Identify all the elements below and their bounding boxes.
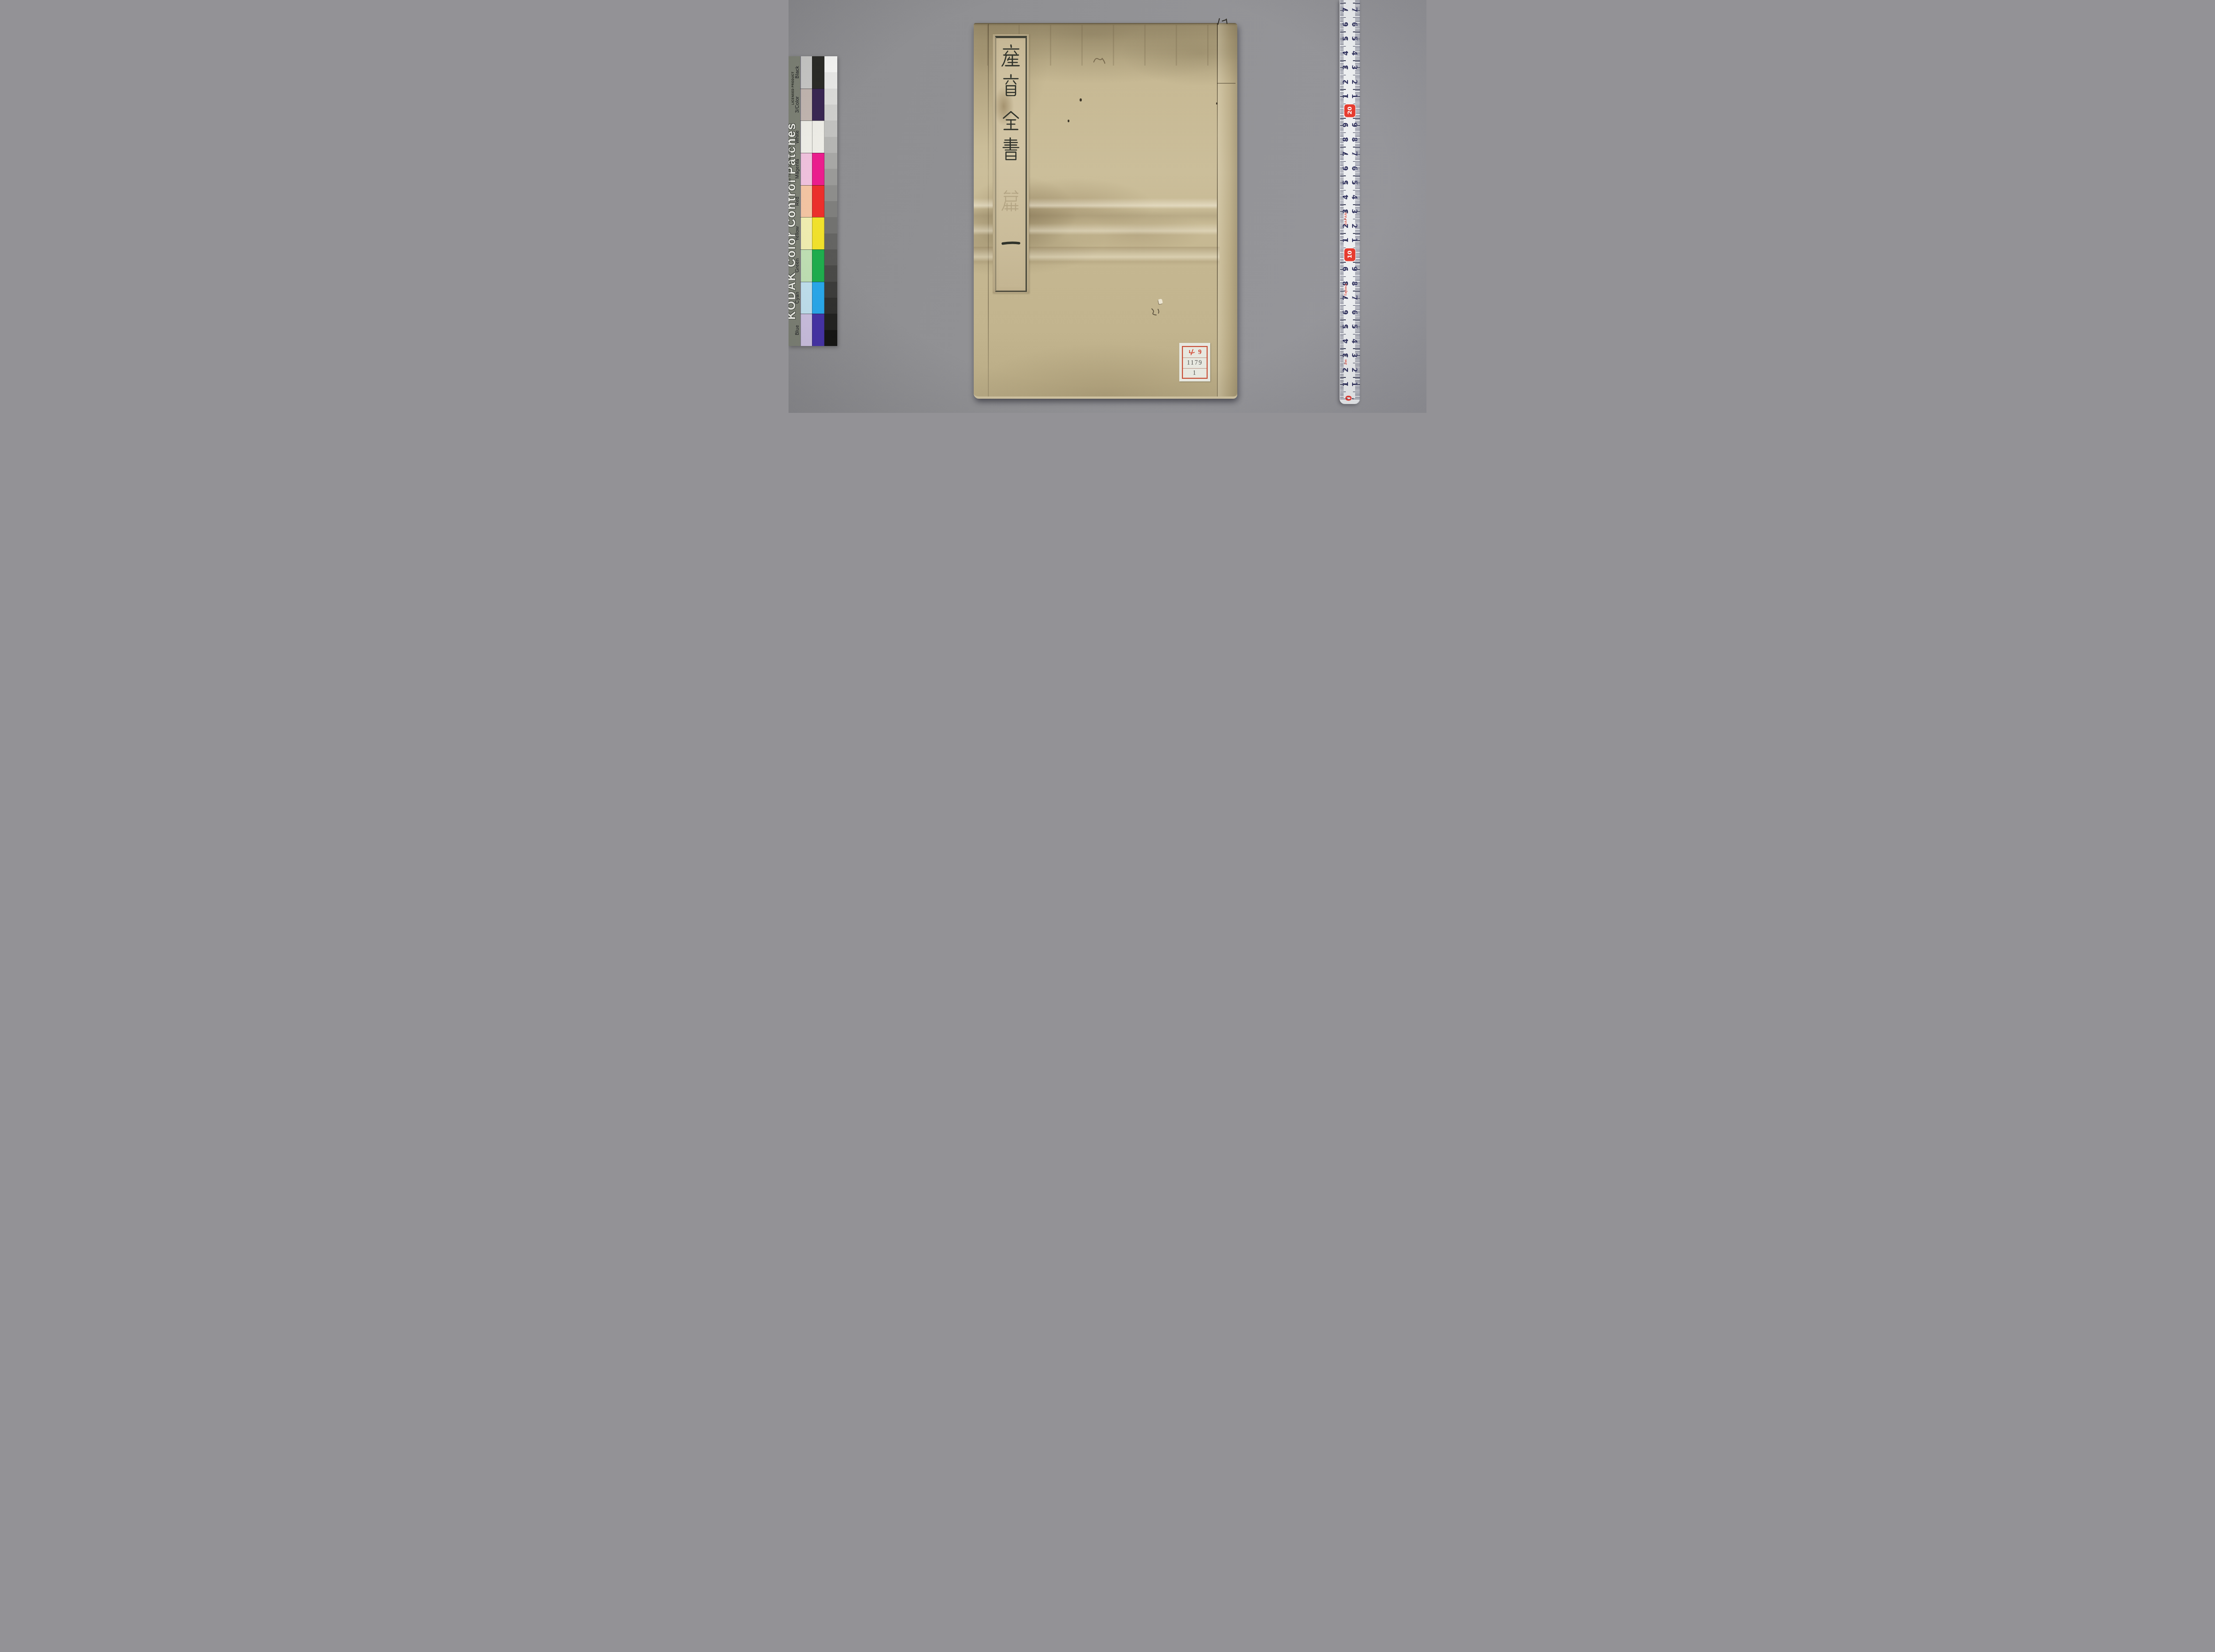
ruler-mm-tick <box>1355 389 1360 389</box>
ruler-cm-number: 2 <box>1341 78 1350 86</box>
title-char-zen <box>1000 110 1022 132</box>
kodak-wedge-step <box>824 120 837 136</box>
ruler-mm-tick <box>1340 90 1344 91</box>
ruler-5mm-tick <box>1340 147 1346 148</box>
ruler-mm-tick <box>1355 335 1360 336</box>
ruler-cm-number-mirror: 9 <box>1350 264 1359 273</box>
ruler-mm-tick <box>1355 217 1360 218</box>
ruler-cm-number-mirror: 6 <box>1350 164 1359 173</box>
wormhole-dot <box>1068 120 1069 122</box>
ruler-mm-tick <box>1340 376 1344 376</box>
kodak-color-control-strip: KODAK Color Control Patches © The Tiffen… <box>789 56 837 346</box>
ruler-cm-number-mirror: 5 <box>1350 322 1359 331</box>
ruler-5mm-tick <box>1340 276 1346 277</box>
ruler-5mm-tick <box>1353 363 1360 364</box>
ruler-mm-tick <box>1340 115 1344 116</box>
ruler-cm-number-mirror: 2 <box>1350 222 1359 230</box>
ruler-cm-number-mirror: 7 <box>1350 149 1359 158</box>
ruler-5mm-tick <box>1340 89 1346 90</box>
kodak-row-label: Magenta <box>795 159 800 179</box>
ruler-mm-tick <box>1355 347 1360 347</box>
ruler-mm-tick <box>1340 191 1344 192</box>
ruler-cm-number-mirror: 5 <box>1350 34 1359 43</box>
ruler-mm-tick <box>1340 318 1344 319</box>
kodak-row-label: 3/Color <box>795 96 800 113</box>
ruler-cm-number: 9 <box>1341 264 1350 273</box>
ruler-mm-tick <box>1340 119 1344 120</box>
ruler-mm-tick <box>1355 115 1360 116</box>
ruler-mm-tick <box>1340 393 1344 393</box>
kodak-wedge-step <box>824 137 837 153</box>
ruler-mm-tick <box>1340 273 1344 274</box>
ruler-mm-tick <box>1340 101 1344 101</box>
ruler-mm-tick <box>1355 216 1360 216</box>
ruler-mm-tick <box>1355 256 1360 257</box>
ruler-mm-tick <box>1340 321 1344 321</box>
ruler-mm-tick <box>1355 318 1360 319</box>
ruler-mm-tick <box>1340 256 1344 257</box>
ruler-mm-tick <box>1355 134 1360 134</box>
ruler-cm-number-mirror: 8 <box>1350 135 1359 144</box>
ruler-5mm-tick <box>1353 204 1360 205</box>
kodak-saturated-patch <box>812 153 824 185</box>
ruler-mm-tick <box>1340 88 1344 88</box>
ruler-mm-tick <box>1355 19 1360 19</box>
ruler-mm-tick <box>1355 331 1360 331</box>
ruler-mm-tick <box>1340 129 1344 130</box>
ruler-mm-tick <box>1340 350 1344 350</box>
kodak-pale-patch <box>801 120 812 153</box>
ruler-mm-tick <box>1340 257 1344 258</box>
ruler-cm-number-mirror: 6 <box>1350 308 1359 317</box>
ruler-mm-tick <box>1355 232 1360 232</box>
ruler-mm-tick <box>1355 72 1360 72</box>
ruler-mm-tick <box>1340 278 1344 278</box>
ruler-mm-tick <box>1340 206 1344 206</box>
ruler-mm-tick <box>1355 4 1360 4</box>
ruler-decade-marker: 20 <box>1345 104 1356 117</box>
bookplate-frame: 9 1179 1 <box>1182 346 1208 379</box>
ruler-5mm-tick <box>1340 377 1346 378</box>
ruler-mm-tick <box>1355 88 1360 88</box>
kodak-pale-patch <box>801 153 812 185</box>
ruler-mm-tick <box>1355 394 1360 395</box>
ruler-5mm-tick <box>1340 305 1346 306</box>
ruler-5mm-tick <box>1340 190 1346 191</box>
ruler-cm-number: 3 <box>1341 351 1350 360</box>
ruler-5mm-tick <box>1340 248 1346 249</box>
kodak-wedge-step <box>824 282 837 298</box>
ruler-mm-tick <box>1355 360 1360 360</box>
ruler-cm-number: 8 <box>1341 135 1350 144</box>
ruler-mm-tick <box>1355 90 1360 91</box>
ruler-5mm-tick <box>1353 334 1360 335</box>
ruler-mm-tick <box>1355 376 1360 376</box>
ruler-mm-tick <box>1340 59 1344 59</box>
bookplate-row2: 1179 <box>1183 358 1207 368</box>
ruler-cm-number-mirror: 4 <box>1350 49 1359 58</box>
photo-canvas: 産育全書 一 KODAK Color Control Patches © The… <box>789 0 1426 413</box>
ruler-mm-tick <box>1355 113 1360 114</box>
ruler-mm-tick <box>1340 108 1344 108</box>
dark-squiggle-mark <box>1150 307 1162 316</box>
ruler-mm-tick <box>1340 187 1344 187</box>
binding-thread-remnant <box>1226 19 1228 24</box>
ruler-mm-tick <box>1355 106 1360 107</box>
ruler-5mm-tick <box>1353 276 1360 277</box>
ruler-mm-tick <box>1355 321 1360 321</box>
ruler-mm-tick <box>1340 76 1344 77</box>
ruler-5mm-tick <box>1353 132 1360 133</box>
ruler-5mm-tick <box>1340 132 1346 133</box>
ruler-5mm-tick <box>1353 60 1360 61</box>
ruler-cm-number-mirror: 7 <box>1350 293 1359 302</box>
ruler-5mm-tick <box>1353 175 1360 176</box>
ruler-mm-tick <box>1355 246 1360 246</box>
bookplate-row3: 1 <box>1183 369 1207 378</box>
ruler-mm-tick <box>1355 105 1360 105</box>
ruler-mm-tick <box>1340 113 1344 114</box>
ruler-mm-tick <box>1355 393 1360 393</box>
ruler-mm-tick <box>1355 43 1360 43</box>
ruler-5mm-tick <box>1340 334 1346 335</box>
ruler-cm-number-mirror: 2 <box>1350 78 1359 86</box>
ruler-cm-number: 7 <box>1341 5 1350 14</box>
ruler-mm-tick <box>1340 232 1344 232</box>
ruler-5mm-tick <box>1340 319 1346 320</box>
ruler-mm-tick <box>1340 307 1344 307</box>
ruler-mm-tick <box>1355 174 1360 175</box>
kodak-saturated-patch <box>812 120 824 153</box>
ruler-mm-tick <box>1340 44 1344 45</box>
title-char-iku <box>1000 74 1022 96</box>
ruler-mm-tick <box>1355 131 1360 131</box>
ruler-mm-tick <box>1355 259 1360 260</box>
ruler-mm-tick <box>1355 396 1360 396</box>
kodak-wedge-step <box>824 265 837 281</box>
ruler-decade-marker: 10 <box>1345 248 1356 261</box>
ruler-mm-tick <box>1340 1 1344 2</box>
ruler-mm-tick <box>1355 278 1360 278</box>
ruler-mm-tick <box>1355 203 1360 203</box>
ruler-mm-tick <box>1340 159 1344 160</box>
ruler-mm-tick <box>1340 396 1344 396</box>
ruler-cm-number-mirror: 9 <box>1350 120 1359 129</box>
ruler-mm-tick <box>1340 302 1344 303</box>
ruler-5mm-tick <box>1340 3 1346 4</box>
ruler-mm-tick <box>1355 253 1360 254</box>
book-binding-cross-crease <box>1217 83 1236 84</box>
kodak-wedge-step <box>824 249 837 265</box>
bookplate-row1: 9 <box>1183 347 1207 358</box>
ruler-mm-tick <box>1340 158 1344 159</box>
ruler-5mm-tick <box>1340 31 1346 32</box>
ruler-mm-tick <box>1355 263 1360 264</box>
ruler-mm-tick <box>1340 188 1344 189</box>
ruler-cm-number: 4 <box>1341 49 1350 58</box>
ruler-5mm-tick <box>1353 46 1360 47</box>
ruler-mm-tick <box>1340 109 1344 110</box>
ruler-cm-number-mirror: 3 <box>1350 351 1359 360</box>
ruler-mm-tick <box>1355 59 1360 59</box>
ruler-5mm-tick <box>1340 348 1346 349</box>
ruler-cm-number: 9 <box>1341 120 1350 129</box>
ruler-cm-number-mirror: 8 <box>1350 279 1359 288</box>
ruler-cm-number-mirror: 3 <box>1350 63 1359 72</box>
ruler-5mm-tick <box>1353 219 1360 220</box>
ruler-mm-tick <box>1355 364 1360 365</box>
ruler-zero-label: 0 <box>1344 396 1354 401</box>
kodak-pale-patch <box>801 314 812 346</box>
ruler-5mm-tick <box>1353 262 1360 263</box>
ruler-mm-tick <box>1355 159 1360 160</box>
ruler-cm-number: 5 <box>1341 34 1350 43</box>
ruler-mm-tick <box>1355 16 1360 16</box>
ruler-mm-tick <box>1340 174 1344 175</box>
ruler-mm-tick <box>1355 206 1360 206</box>
kodak-wedge-step <box>824 201 837 217</box>
ruler-mm-tick <box>1340 303 1344 304</box>
ruler-decade-number: 10 <box>1347 251 1353 259</box>
ruler-mm-tick <box>1340 252 1344 252</box>
ruler-cm-number-mirror: 3 <box>1350 207 1359 216</box>
ruler-mm-tick <box>1340 19 1344 19</box>
ruler-cm-number: 1 <box>1341 380 1350 389</box>
kodak-saturated-patch <box>812 249 824 282</box>
kodak-wedge-step <box>824 314 837 330</box>
faded-char-hen <box>1000 189 1022 212</box>
ruler-5mm-tick <box>1340 75 1346 76</box>
ruler-mm-tick <box>1355 102 1360 102</box>
ruler-cm-number: 4 <box>1341 193 1350 202</box>
kodak-row-label: Blue <box>795 325 800 335</box>
kodak-wedge-step <box>824 298 837 314</box>
ruler-mm-tick <box>1355 257 1360 258</box>
ruler-cm-number-mirror: 6 <box>1350 20 1359 29</box>
ruler-mm-tick <box>1340 112 1344 113</box>
ruler-mm-tick <box>1340 234 1344 235</box>
kodak-saturated-patch <box>812 314 824 346</box>
ruler-mm-tick <box>1355 47 1360 48</box>
ruler-5mm-tick <box>1340 262 1346 263</box>
ruler-5mm-tick <box>1340 204 1346 205</box>
ruler-cm-number: 6 <box>1341 20 1350 29</box>
ruler-mm-tick <box>1355 397 1360 398</box>
ruler-mm-tick <box>1355 0 1360 0</box>
ruler-mm-tick <box>1340 246 1344 246</box>
ruler-5mm-tick <box>1353 17 1360 18</box>
kodak-wedge-step <box>824 169 837 185</box>
ruler-mm-tick <box>1355 361 1360 361</box>
ruler-mm-tick <box>1355 112 1360 113</box>
ruler-mm-tick <box>1355 177 1360 177</box>
ruler-mm-tick <box>1355 158 1360 159</box>
ruler-mm-tick <box>1355 378 1360 379</box>
ruler-cm-tick <box>1353 399 1360 400</box>
ruler-mm-tick <box>1355 117 1360 117</box>
ruler-mm-tick <box>1355 145 1360 146</box>
ruler-mm-tick <box>1355 289 1360 290</box>
book-binding-fold-line <box>1217 23 1218 396</box>
ruler-mm-tick <box>1355 188 1360 189</box>
book-volume-text: 一 <box>789 0 789 0</box>
ruler-5mm-tick <box>1353 348 1360 349</box>
ruler-mm-tick <box>1340 102 1344 102</box>
ruler-mm-tick <box>1355 249 1360 249</box>
bookplate-volume-number: 1 <box>1193 370 1197 377</box>
ruler-5mm-tick <box>1340 46 1346 47</box>
ruler-cm-number: 2 <box>1341 365 1350 374</box>
kodak-pale-patch <box>801 249 812 282</box>
kodak-wedge-step <box>824 153 837 169</box>
kodak-pale-patch <box>801 282 812 314</box>
ruler-mm-tick <box>1355 303 1360 304</box>
ruler-cm-number: 7 <box>1341 149 1350 158</box>
ruler-cm-number: 5 <box>1341 178 1350 187</box>
ruler-cm-number-mirror: 7 <box>1350 5 1359 14</box>
ruler-mm-tick <box>1340 260 1344 261</box>
ruler-5mm-tick <box>1340 104 1346 105</box>
ruler-mm-tick <box>1340 332 1344 333</box>
ruler-5mm-tick <box>1353 147 1360 148</box>
ruler-mm-tick <box>1355 252 1360 252</box>
ruler-5mm-tick <box>1353 75 1360 76</box>
ruler-mm-tick <box>1355 119 1360 120</box>
ruler-mm-tick <box>1340 47 1344 48</box>
ruler-mm-tick <box>1340 163 1344 163</box>
ruler-mm-tick <box>1340 389 1344 389</box>
ruler-mm-tick <box>1355 245 1360 245</box>
ruler-mm-tick <box>1340 148 1344 148</box>
ruler-mm-tick <box>1355 73 1360 74</box>
ruler-5mm-tick <box>1353 161 1360 162</box>
ruler-cm-number-mirror: 1 <box>1350 92 1359 101</box>
ruler-mm-tick <box>1340 259 1344 260</box>
paper-chip-mark <box>1158 299 1163 304</box>
ruler-cm-number-mirror: 1 <box>1350 380 1359 389</box>
ruler-mm-tick <box>1340 33 1344 33</box>
volume-char-ichi <box>1000 240 1022 247</box>
ruler-mm-tick <box>1355 234 1360 235</box>
ruler-decade-number: 20 <box>1347 107 1353 115</box>
bookplate-katakana-ya <box>1188 348 1196 356</box>
ruler-mm-tick <box>1340 0 1344 0</box>
ruler-cm-number-mirror: 4 <box>1350 337 1359 346</box>
ruler-mm-tick <box>1340 134 1344 134</box>
ruler-5mm-tick <box>1353 89 1360 90</box>
title-char-sho <box>1000 137 1022 162</box>
kodak-wedge-step <box>824 330 837 346</box>
ruler-mm-tick <box>1355 292 1360 292</box>
tajima-ruler: 0112233445566778899101122334455667788992… <box>1340 0 1360 404</box>
ruler-cm-number: 3 <box>1341 63 1350 72</box>
ruler-5mm-tick <box>1340 161 1346 162</box>
ruler-cm-number-mirror: 2 <box>1350 365 1359 374</box>
ruler-mm-tick <box>1340 250 1344 251</box>
kodak-pale-patch <box>801 89 812 121</box>
ruler-mm-tick <box>1340 249 1344 249</box>
ruler-mm-tick <box>1340 16 1344 16</box>
ruler-5mm-tick <box>1353 319 1360 320</box>
ruler-mm-tick <box>1340 331 1344 331</box>
ruler-5mm-tick <box>1353 233 1360 234</box>
ruler-mm-tick <box>1340 106 1344 107</box>
ruler-mm-tick <box>1340 4 1344 4</box>
ruler-mm-tick <box>1355 1 1360 2</box>
kodak-saturated-patch <box>812 185 824 218</box>
ruler-mm-tick <box>1355 187 1360 187</box>
wormhole-dot <box>1080 98 1082 101</box>
ruler-mm-tick <box>1340 275 1344 275</box>
kodak-wedge-step <box>824 56 837 72</box>
ruler-mm-tick <box>1340 203 1344 203</box>
ruler-mm-tick <box>1355 275 1360 275</box>
ruler-mm-tick <box>1340 30 1344 31</box>
kodak-wedge-step <box>824 185 837 201</box>
title-slip <box>993 34 1029 293</box>
kodak-gray-step-wedge <box>824 56 837 346</box>
bookplate-call-number: 1179 <box>1187 360 1202 367</box>
ruler-mm-tick <box>1355 44 1360 45</box>
ruler-mm-tick <box>1340 43 1344 43</box>
ruler-5mm-tick <box>1353 305 1360 306</box>
ruler-mm-tick <box>1355 33 1360 33</box>
ruler-mm-tick <box>1340 14 1344 15</box>
ruler-5mm-tick <box>1340 118 1346 119</box>
ruler-mm-tick <box>1355 220 1360 221</box>
ruler-red-text-tajima: Tajima <box>1344 284 1348 296</box>
book-title-text: 産育全書 <box>789 0 789 0</box>
ruler-mm-tick <box>1355 14 1360 15</box>
ruler-cm-number: 1 <box>1341 92 1350 101</box>
kodak-saturated-patch <box>812 89 824 121</box>
ruler-mm-tick <box>1355 109 1360 110</box>
ruler-mm-tick <box>1355 129 1360 130</box>
ruler-5mm-tick <box>1353 377 1360 378</box>
kodak-wedge-step <box>824 105 837 120</box>
ruler-5mm-tick <box>1353 392 1360 393</box>
ruler-cm-number-mirror: 1 <box>1350 236 1359 245</box>
bookplate-red-number: 9 <box>1198 349 1202 356</box>
title-char-san <box>1000 44 1022 67</box>
kodak-row-label: Green <box>795 258 800 272</box>
ruler-mm-tick <box>1355 62 1360 62</box>
ruler-mm-tick <box>1340 263 1344 264</box>
kodak-row-label: Black <box>795 66 800 78</box>
ruler-cm-number: 6 <box>1341 308 1350 317</box>
ruler-mm-tick <box>1340 253 1344 254</box>
ruler-mm-tick <box>1340 145 1344 146</box>
ruler-cm-number: 5 <box>1341 322 1350 331</box>
kodak-wedge-step <box>824 233 837 249</box>
ruler-mm-tick <box>1340 62 1344 62</box>
kodak-row-label: Yellow <box>795 226 800 241</box>
kodak-saturated-patch <box>812 282 824 314</box>
kodak-row-label: Red <box>795 196 800 206</box>
kodak-pale-patch <box>801 185 812 218</box>
ruler-mm-tick <box>1340 72 1344 72</box>
ruler-mm-tick <box>1340 245 1344 245</box>
ruler-mm-tick <box>1340 347 1344 347</box>
ruler-5mm-tick <box>1340 175 1346 176</box>
ruler-red-text-2m: 2m <box>1344 359 1348 365</box>
book-binding-fold-strip <box>1218 23 1237 396</box>
ruler-cm-number-mirror: 5 <box>1350 178 1359 187</box>
ruler-mm-tick <box>1355 30 1360 31</box>
ruler-mm-tick <box>1355 260 1360 261</box>
ruler-mm-tick <box>1340 117 1344 117</box>
ruler-mm-tick <box>1340 335 1344 336</box>
